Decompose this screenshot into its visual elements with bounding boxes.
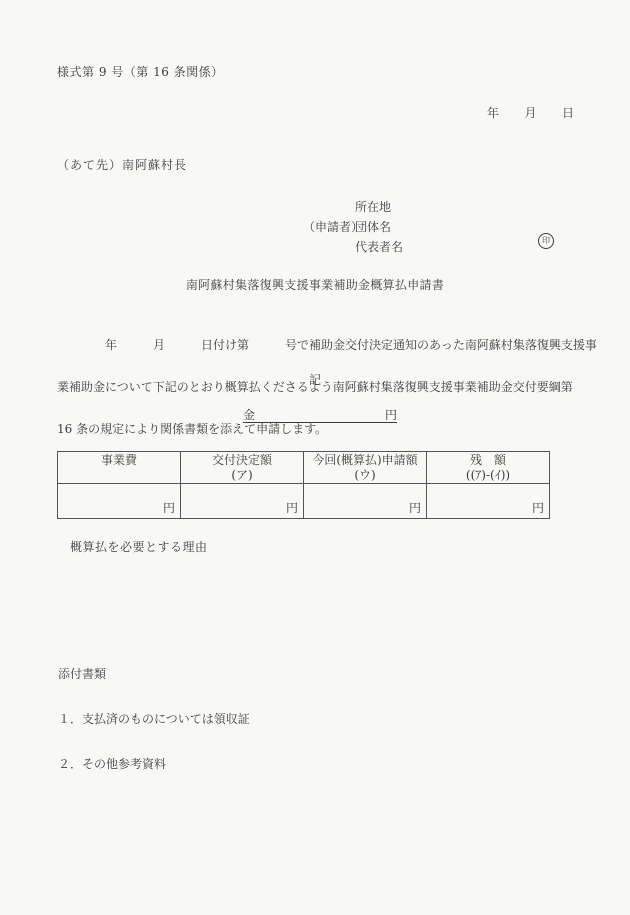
section-mark-ki: 記 <box>0 373 630 387</box>
header-project-cost: 事業費 <box>58 452 181 484</box>
header-sublabel: (ウ) <box>304 468 426 482</box>
applicant-organization-label: 団体名 <box>355 220 391 234</box>
document-title: 南阿蘇村集落復興支援事業補助金概算払申請書 <box>0 278 630 292</box>
header-sublabel: ((ｱ)-(ｲ)) <box>427 468 549 482</box>
header-remaining-amount: 残 額 ((ｱ)-(ｲ)) <box>427 452 550 484</box>
header-label: 交付決定額 <box>181 452 303 468</box>
applicant-label: （申請者） <box>303 220 363 234</box>
seal-mark: 印 <box>538 233 554 249</box>
cell-grant-decided-yen: 円 <box>181 484 304 519</box>
document-page: 様式第 9 号（第 16 条関係） 年 月 日 （あて先）南阿蘇村長 （申請者）… <box>0 0 630 915</box>
body-line: 16 条の規定により関係書類を添えて申請します。 <box>57 422 577 436</box>
cell-project-cost-yen: 円 <box>58 484 181 519</box>
reason-label: 概算払を必要とする理由 <box>70 540 208 554</box>
cell-current-request-yen: 円 <box>304 484 427 519</box>
header-label: 残 額 <box>427 452 549 468</box>
addressee-line: （あて先）南阿蘇村長 <box>57 158 187 172</box>
attachment-item: ２．その他参考資料 <box>58 757 250 772</box>
amount-suffix: 円 <box>385 408 397 422</box>
body-paragraph: 年 月 日付け第 号で補助金交付決定通知のあった南阿蘇村集落復興支援事 業補助金… <box>57 310 577 464</box>
attachments-title: 添付書類 <box>58 667 250 682</box>
table-header-row: 事業費 交付決定額 (ア) 今回(概算払)申請額 (ウ) 残 額 ((ｱ)-(ｲ… <box>58 452 550 484</box>
amount-prefix: 金 <box>243 408 255 422</box>
attachment-item: １．支払済のものについては領収証 <box>58 712 250 727</box>
applicant-representative-label: 代表者名 <box>355 240 403 254</box>
date-line: 年 月 日 <box>487 106 575 120</box>
header-sublabel: (ア) <box>181 468 303 482</box>
table-value-row: 円 円 円 円 <box>58 484 550 519</box>
amount-table: 事業費 交付決定額 (ア) 今回(概算払)申請額 (ウ) 残 額 ((ｱ)-(ｲ… <box>57 451 550 519</box>
header-current-request-amount: 今回(概算払)申請額 (ウ) <box>304 452 427 484</box>
cell-remaining-yen: 円 <box>427 484 550 519</box>
header-label: 事業費 <box>58 452 180 468</box>
amount-blank-line: 金 円 <box>243 404 397 423</box>
form-number: 様式第 9 号（第 16 条関係） <box>57 65 224 79</box>
header-label: 今回(概算払)申請額 <box>304 452 426 468</box>
body-line: 年 月 日付け第 号で補助金交付決定通知のあった南阿蘇村集落復興支援事 <box>57 338 577 352</box>
header-grant-decided-amount: 交付決定額 (ア) <box>181 452 304 484</box>
applicant-address-label: 所在地 <box>355 200 391 214</box>
attachments-section: 添付書類 １．支払済のものについては領収証 ２．その他参考資料 <box>58 637 250 802</box>
